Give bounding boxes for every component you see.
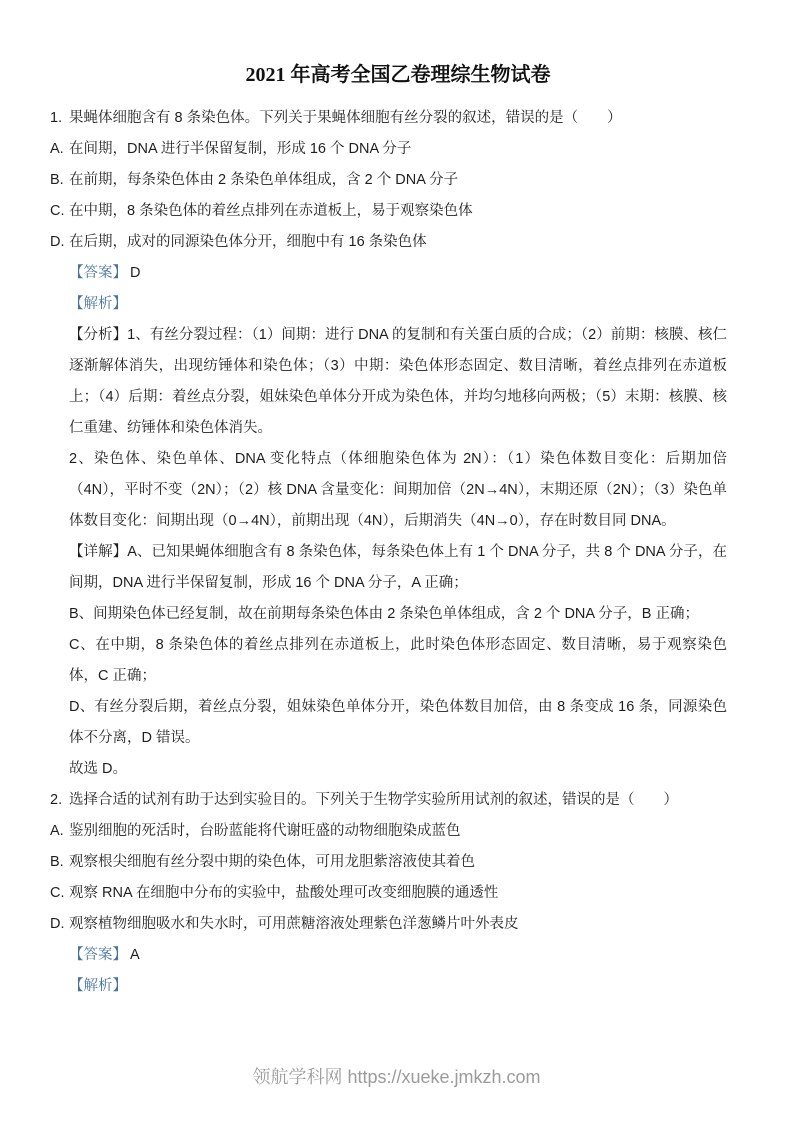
question-1-option-a-marker: A.	[50, 134, 69, 165]
question-1-stem-text: 果蝇体细胞含有 8 条染色体。下列关于果蝇体细胞有丝分裂的叙述，错误的是（ ）	[69, 110, 622, 126]
question-2-option-a-text: 鉴别细胞的死活时，台盼蓝能将代谢旺盛的动物细胞染成蓝色	[69, 823, 461, 839]
question-1-stem: 1.果蝇体细胞含有 8 条染色体。下列关于果蝇体细胞有丝分裂的叙述，错误的是（ …	[50, 103, 727, 134]
question-1-analysis-label-bracket-label: 【解析】	[69, 296, 127, 312]
question-2-option-d-marker: D.	[50, 909, 69, 940]
question-1-detail-d-text: D、有丝分裂后期，着丝点分裂，姐妹染色单体分开，染色体数目加倍，由 8 条变成 …	[69, 699, 727, 746]
question-1-detail-d: D、有丝分裂后期，着丝点分裂，姐妹染色单体分开，染色体数目加倍，由 8 条变成 …	[69, 692, 727, 754]
question-2-option-b-marker: B.	[50, 847, 69, 878]
question-1-option-c: C.在中期，8 条染色体的着丝点排列在赤道板上，易于观察染色体	[50, 196, 727, 227]
question-2-analysis-label: 【解析】	[69, 971, 727, 1002]
watermark-text: 领航学科网 https://xueke.jmkzh.com	[252, 1067, 540, 1087]
question-2-analysis-label-bracket-label: 【解析】	[69, 978, 127, 994]
question-1-analysis-label: 【解析】	[69, 289, 727, 320]
question-1-detail-b-text: B、间期染色体已经复制，故在前期每条染色体由 2 条染色单体组成，含 2 个 D…	[69, 606, 699, 622]
question-2-option-a-marker: A.	[50, 816, 69, 847]
exam-document-page: 2021 年高考全国乙卷理综生物试卷 1.果蝇体细胞含有 8 条染色体。下列关于…	[0, 0, 793, 1122]
question-1-analysis-1-text: 【分析】1、有丝分裂过程：（1）间期：进行 DNA 的复制和有关蛋白质的合成；（…	[69, 327, 727, 436]
question-2-option-b-text: 观察根尖细胞有丝分裂中期的染色体，可用龙胆紫溶液使其着色	[69, 854, 475, 870]
question-1-option-b-text: 在前期，每条染色体由 2 条染色单体组成，含 2 个 DNA 分子	[69, 172, 458, 188]
question-1-option-d-marker: D.	[50, 227, 69, 258]
question-2-option-a: A.鉴别细胞的死活时，台盼蓝能将代谢旺盛的动物细胞染成蓝色	[50, 816, 727, 847]
question-2-option-c: C.观察 RNA 在细胞中分布的实验中，盐酸处理可改变细胞膜的通透性	[50, 878, 727, 909]
question-1-option-a-text: 在间期，DNA 进行半保留复制，形成 16 个 DNA 分子	[69, 141, 411, 157]
question-2-option-d-text: 观察植物细胞吸水和失水时，可用蔗糖溶液处理紫色洋葱鳞片叶外表皮	[69, 916, 519, 932]
question-1-analysis-2-text: 2、染色体、染色单体、DNA 变化特点（体细胞染色体为 2N）：（1）染色体数目…	[69, 451, 727, 529]
question-1-detail-b: B、间期染色体已经复制，故在前期每条染色体由 2 条染色单体组成，含 2 个 D…	[69, 599, 727, 630]
question-2-stem-text: 选择合适的试剂有助于达到实验目的。下列关于生物学实验所用试剂的叙述，错误的是（ …	[69, 792, 678, 808]
question-2-stem: 2.选择合适的试剂有助于达到实验目的。下列关于生物学实验所用试剂的叙述，错误的是…	[50, 785, 727, 816]
question-2-option-b: B.观察根尖细胞有丝分裂中期的染色体，可用龙胆紫溶液使其着色	[50, 847, 727, 878]
watermark-footer: 领航学科网 https://xueke.jmkzh.com	[0, 1064, 793, 1090]
question-1-answer-bracket-label: 【答案】	[69, 265, 127, 281]
question-1-option-d-text: 在后期，成对的同源染色体分开，细胞中有 16 条染色体	[69, 234, 427, 250]
question-1-stem-marker: 1.	[50, 103, 69, 134]
question-1-analysis-2: 2、染色体、染色单体、DNA 变化特点（体细胞染色体为 2N）：（1）染色体数目…	[69, 444, 727, 537]
question-1-detail-a-text: 【详解】A、已知果蝇体细胞含有 8 条染色体，每条染色体上有 1 个 DNA 分…	[69, 544, 727, 591]
question-1-detail-c: C、在中期，8 条染色体的着丝点排列在赤道板上，此时染色体形态固定、数目清晰，易…	[69, 630, 727, 692]
question-1-option-c-marker: C.	[50, 196, 69, 227]
question-1-detail-c-text: C、在中期，8 条染色体的着丝点排列在赤道板上，此时染色体形态固定、数目清晰，易…	[69, 637, 727, 684]
question-2-option-c-text: 观察 RNA 在细胞中分布的实验中，盐酸处理可改变细胞膜的通透性	[69, 885, 498, 901]
question-1-conclusion-text: 故选 D。	[69, 761, 127, 777]
question-1-conclusion: 故选 D。	[69, 754, 727, 785]
question-1-option-c-text: 在中期，8 条染色体的着丝点排列在赤道板上，易于观察染色体	[69, 203, 473, 219]
question-1-answer-value: D	[130, 265, 140, 281]
question-2-option-c-marker: C.	[50, 878, 69, 909]
question-1-option-b-marker: B.	[50, 165, 69, 196]
question-2-answer: 【答案】A	[69, 940, 727, 971]
question-2-option-d: D.观察植物细胞吸水和失水时，可用蔗糖溶液处理紫色洋葱鳞片叶外表皮	[50, 909, 727, 940]
question-1-option-d: D.在后期，成对的同源染色体分开，细胞中有 16 条染色体	[50, 227, 727, 258]
question-2-answer-bracket-label: 【答案】	[69, 947, 127, 963]
question-1-option-b: B.在前期，每条染色体由 2 条染色单体组成，含 2 个 DNA 分子	[50, 165, 727, 196]
question-1-answer: 【答案】D	[69, 258, 727, 289]
question-2-stem-marker: 2.	[50, 785, 69, 816]
page-title: 2021 年高考全国乙卷理综生物试卷	[69, 60, 727, 90]
question-1-analysis-1: 【分析】1、有丝分裂过程：（1）间期：进行 DNA 的复制和有关蛋白质的合成；（…	[69, 320, 727, 444]
question-1-detail-a: 【详解】A、已知果蝇体细胞含有 8 条染色体，每条染色体上有 1 个 DNA 分…	[69, 537, 727, 599]
document-body: 1.果蝇体细胞含有 8 条染色体。下列关于果蝇体细胞有丝分裂的叙述，错误的是（ …	[69, 103, 727, 1002]
question-1-option-a: A.在间期，DNA 进行半保留复制，形成 16 个 DNA 分子	[50, 134, 727, 165]
question-2-answer-value: A	[130, 947, 140, 963]
